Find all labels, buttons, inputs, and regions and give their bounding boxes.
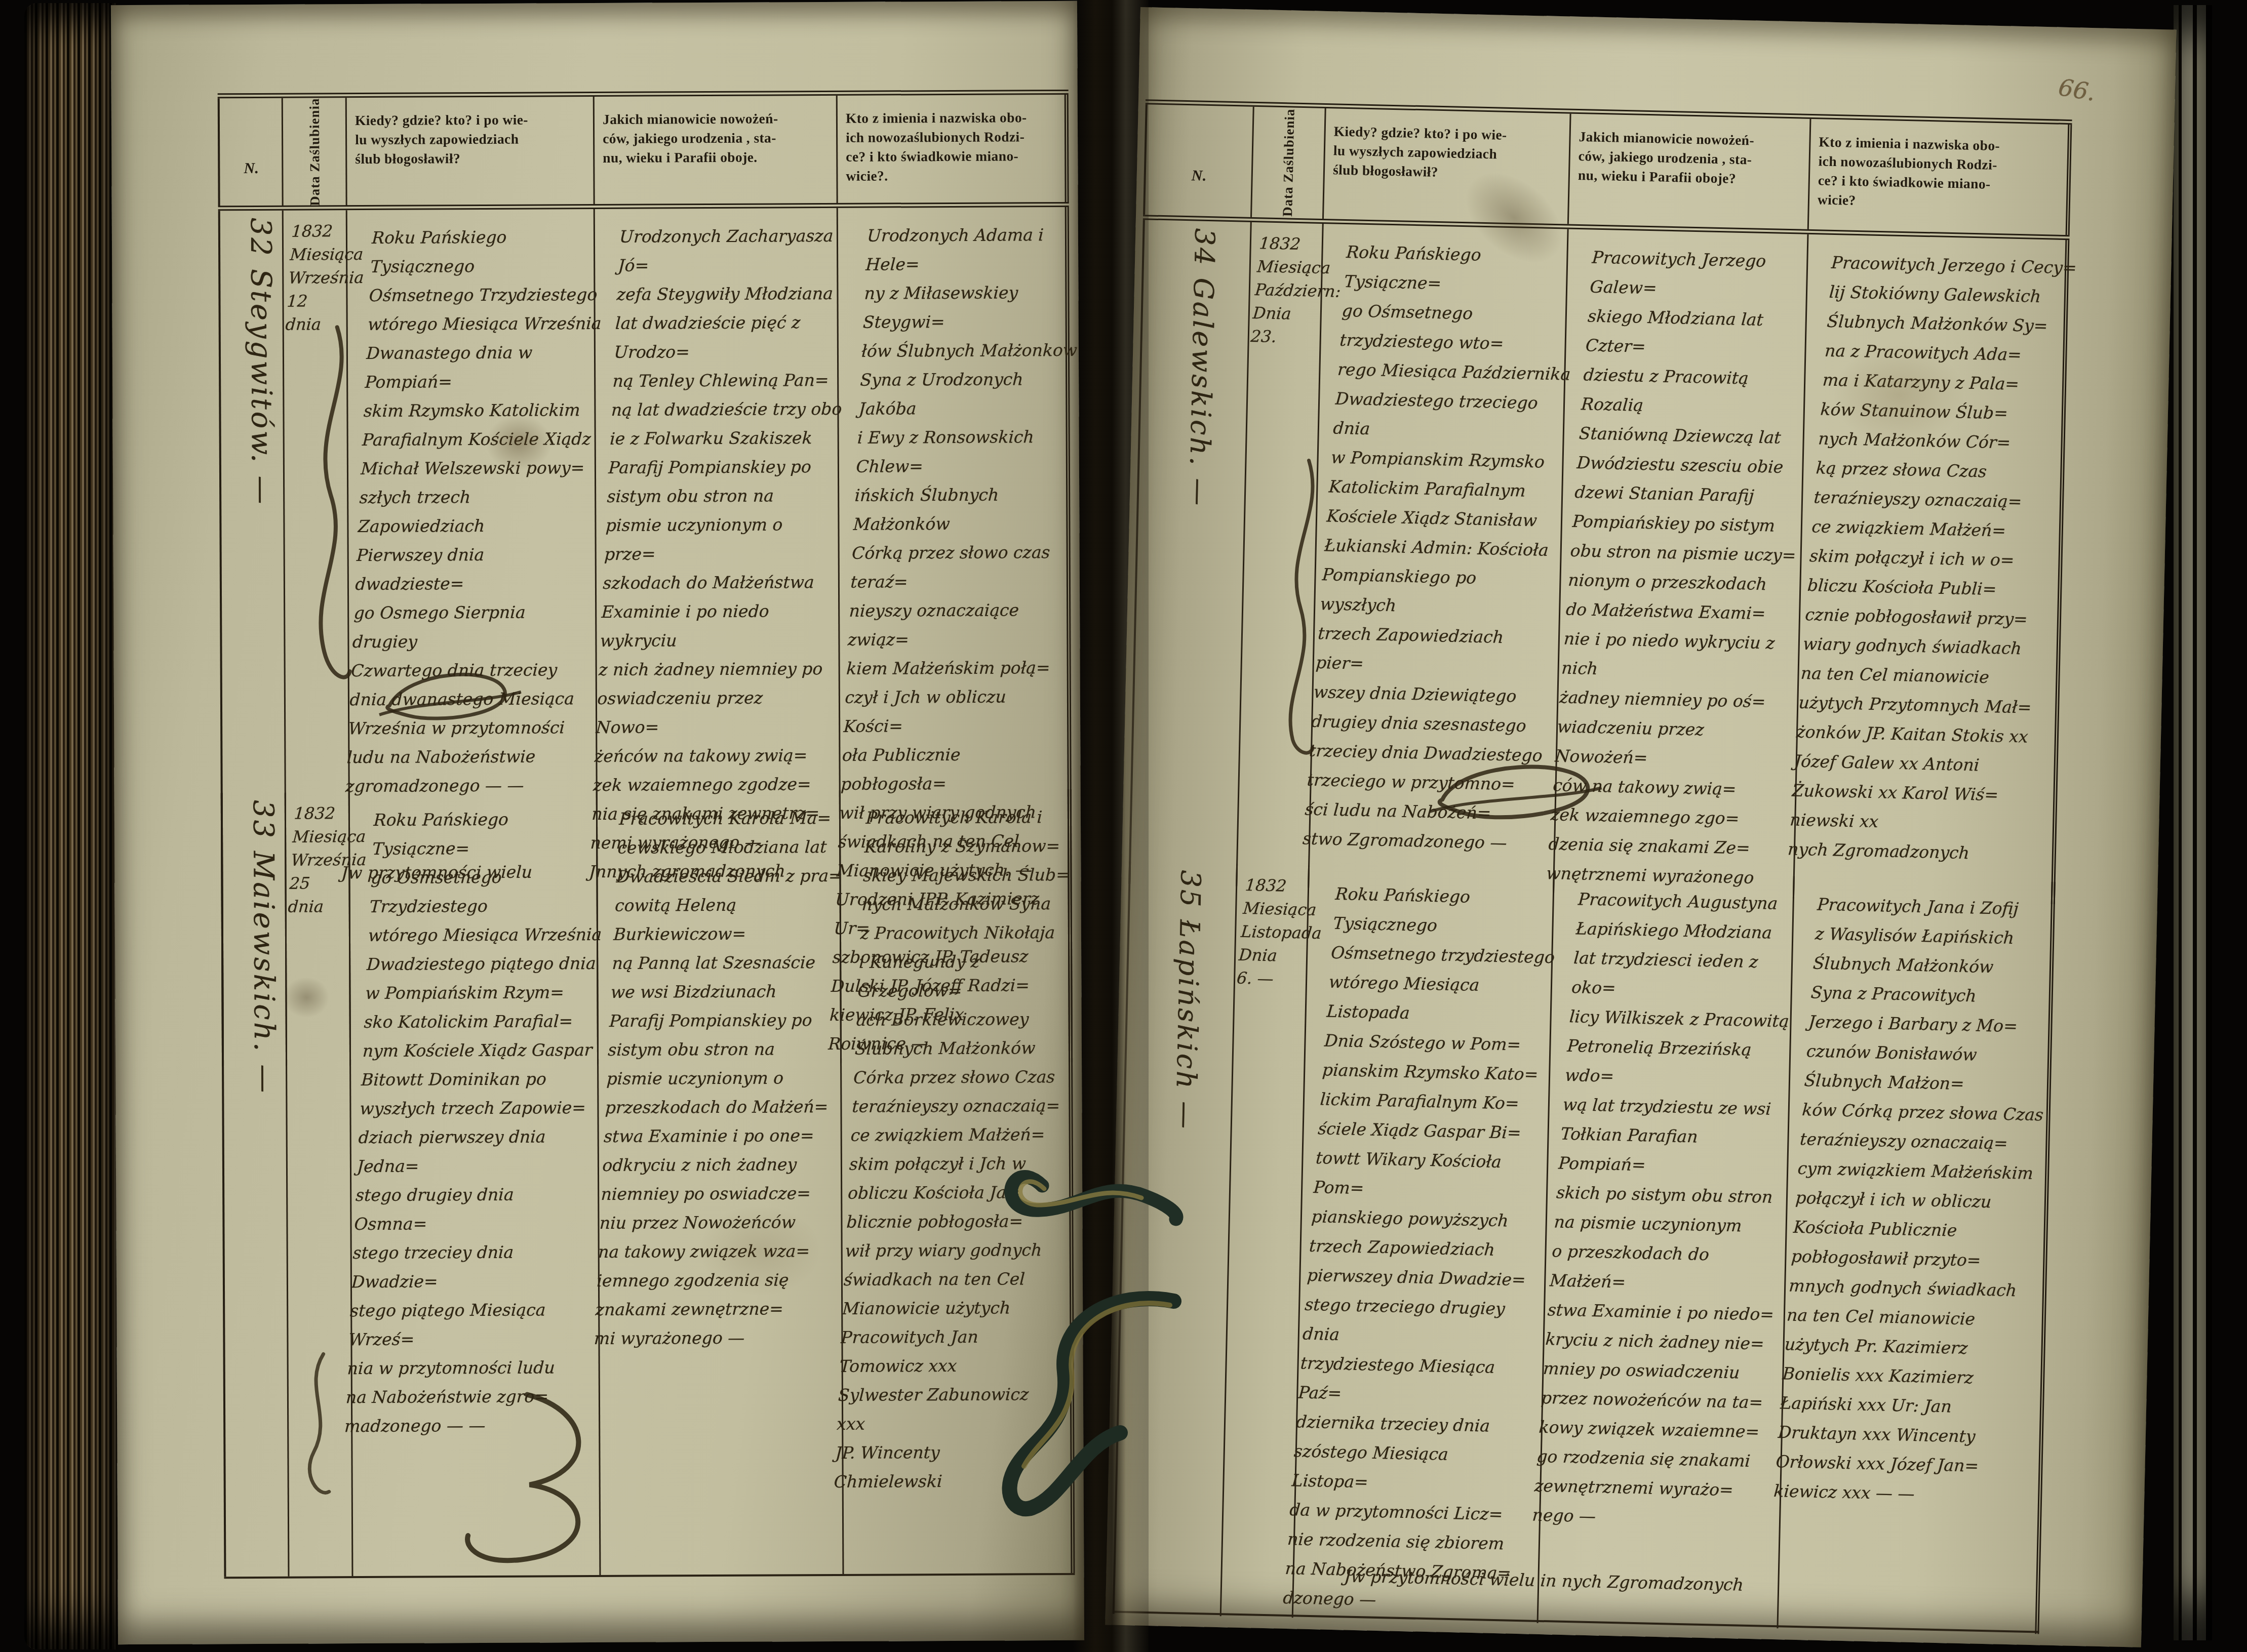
entry-33-number-margin: 33 Maiewskich. — — [221, 793, 288, 1577]
header-when: Kiedy? gdzie? kto? i po wie- lu wyszłych… — [345, 97, 594, 206]
header-witnesses: Kto z imienia i nazwiska obo- ich nowoza… — [836, 95, 1069, 204]
header-who: Jakich mianowicie nowożeń- ców, jakiego … — [593, 96, 837, 205]
entry-35-parents-witnesses: Pracowitych Jana i Zofij z Wasylisów Łap… — [1777, 876, 2055, 1634]
book-gutter-shadow — [1073, 0, 1149, 1652]
left-register-table: N. Data Zaślubienia Kiedy? gdzie? kto? i… — [218, 90, 1075, 1579]
book-scan: N. Data Zaślubienia Kiedy? gdzie? kto? i… — [0, 0, 2247, 1652]
right-table-header-row: N. Data Zaślubienia Kiedy? gdzie? kto? i… — [1143, 99, 2072, 240]
folio-page-number: 66. — [2057, 73, 2098, 106]
left-table-header-row: N. Data Zaślubienia Kiedy? gdzie? kto? i… — [218, 90, 1069, 211]
entry-35-couple: Pracowitych Augustyna Łapińskiego Młodzi… — [1537, 871, 1793, 1628]
header-data-zaslubienia: Data Zaślubienia — [282, 98, 346, 206]
book-page-edges-left — [24, 3, 117, 1649]
entry-35-ceremony: Roku Pańskiego Tysiącznego Ośmsetnego tr… — [1292, 866, 1553, 1623]
book-page-edges-right — [2174, 5, 2212, 1640]
header-when: Kiedy? gdzie? kto? i po wie- lu wyszłych… — [1322, 108, 1570, 224]
left-page: N. Data Zaślubienia Kiedy? gdzie? kto? i… — [111, 1, 1084, 1644]
entry-35-margin-label: 35 Łapińskich — — [1158, 870, 1207, 1630]
entry-34-ceremony: Roku Pańskiego Tysiączne= go Ośmsetnego … — [1308, 224, 1567, 893]
entry-34-parents-witnesses: Pracowitych Jerzego i Cecy= lij Stokiówn… — [1793, 234, 2069, 904]
entry-row-32: 32 Steygwitów. — 1832 Miesiąca Września … — [218, 207, 1072, 793]
entry-33-ceremony: Roku Pańskiego Tysiączne= go Ośmsetnego … — [348, 791, 600, 1576]
header-witnesses: Kto z imienia i nazwiska obo- ich nowoza… — [1807, 119, 2072, 235]
header-who: Jakich mianowicie nowożeń- ców, jakiego … — [1567, 114, 1810, 229]
entry-33-margin-label: 33 Maiewskich. — — [247, 800, 283, 1559]
right-register-table: N. Data Zaślubienia Kiedy? gdzie? kto? i… — [1113, 99, 2072, 1633]
entry-row-33: 33 Maiewskich. — 1832 Miesiąca Września … — [221, 789, 1075, 1579]
header-data-zaslubienia: Data Zaślubienia — [1250, 107, 1325, 219]
header-n: N. — [218, 98, 282, 207]
header-n: N. — [1143, 104, 1253, 217]
entry-33-date: 1832 Miesiąca Września 25 dnia — [285, 792, 352, 1577]
entry-row-35: 35 Łapińskich — 1832 Miesiąca Listopada … — [1113, 862, 2056, 1633]
entry-33-parents-witnesses: Pracowitych Karola i Karoliny z Szymanow… — [839, 789, 1075, 1574]
entry-row-34: 34 Galewskich. — 1832 Miesiąca Październ… — [1129, 220, 2069, 882]
entry-34-couple: Pracowitych Jerzego Galew= skiego Młodzi… — [1553, 229, 1807, 898]
entry-33-couple: Pracowitych Karola Ma= cewskiego Młodzia… — [596, 790, 843, 1575]
right-page: 66. N. Data Zaślubienia Kiedy? gdzie? kt… — [1105, 7, 2176, 1647]
